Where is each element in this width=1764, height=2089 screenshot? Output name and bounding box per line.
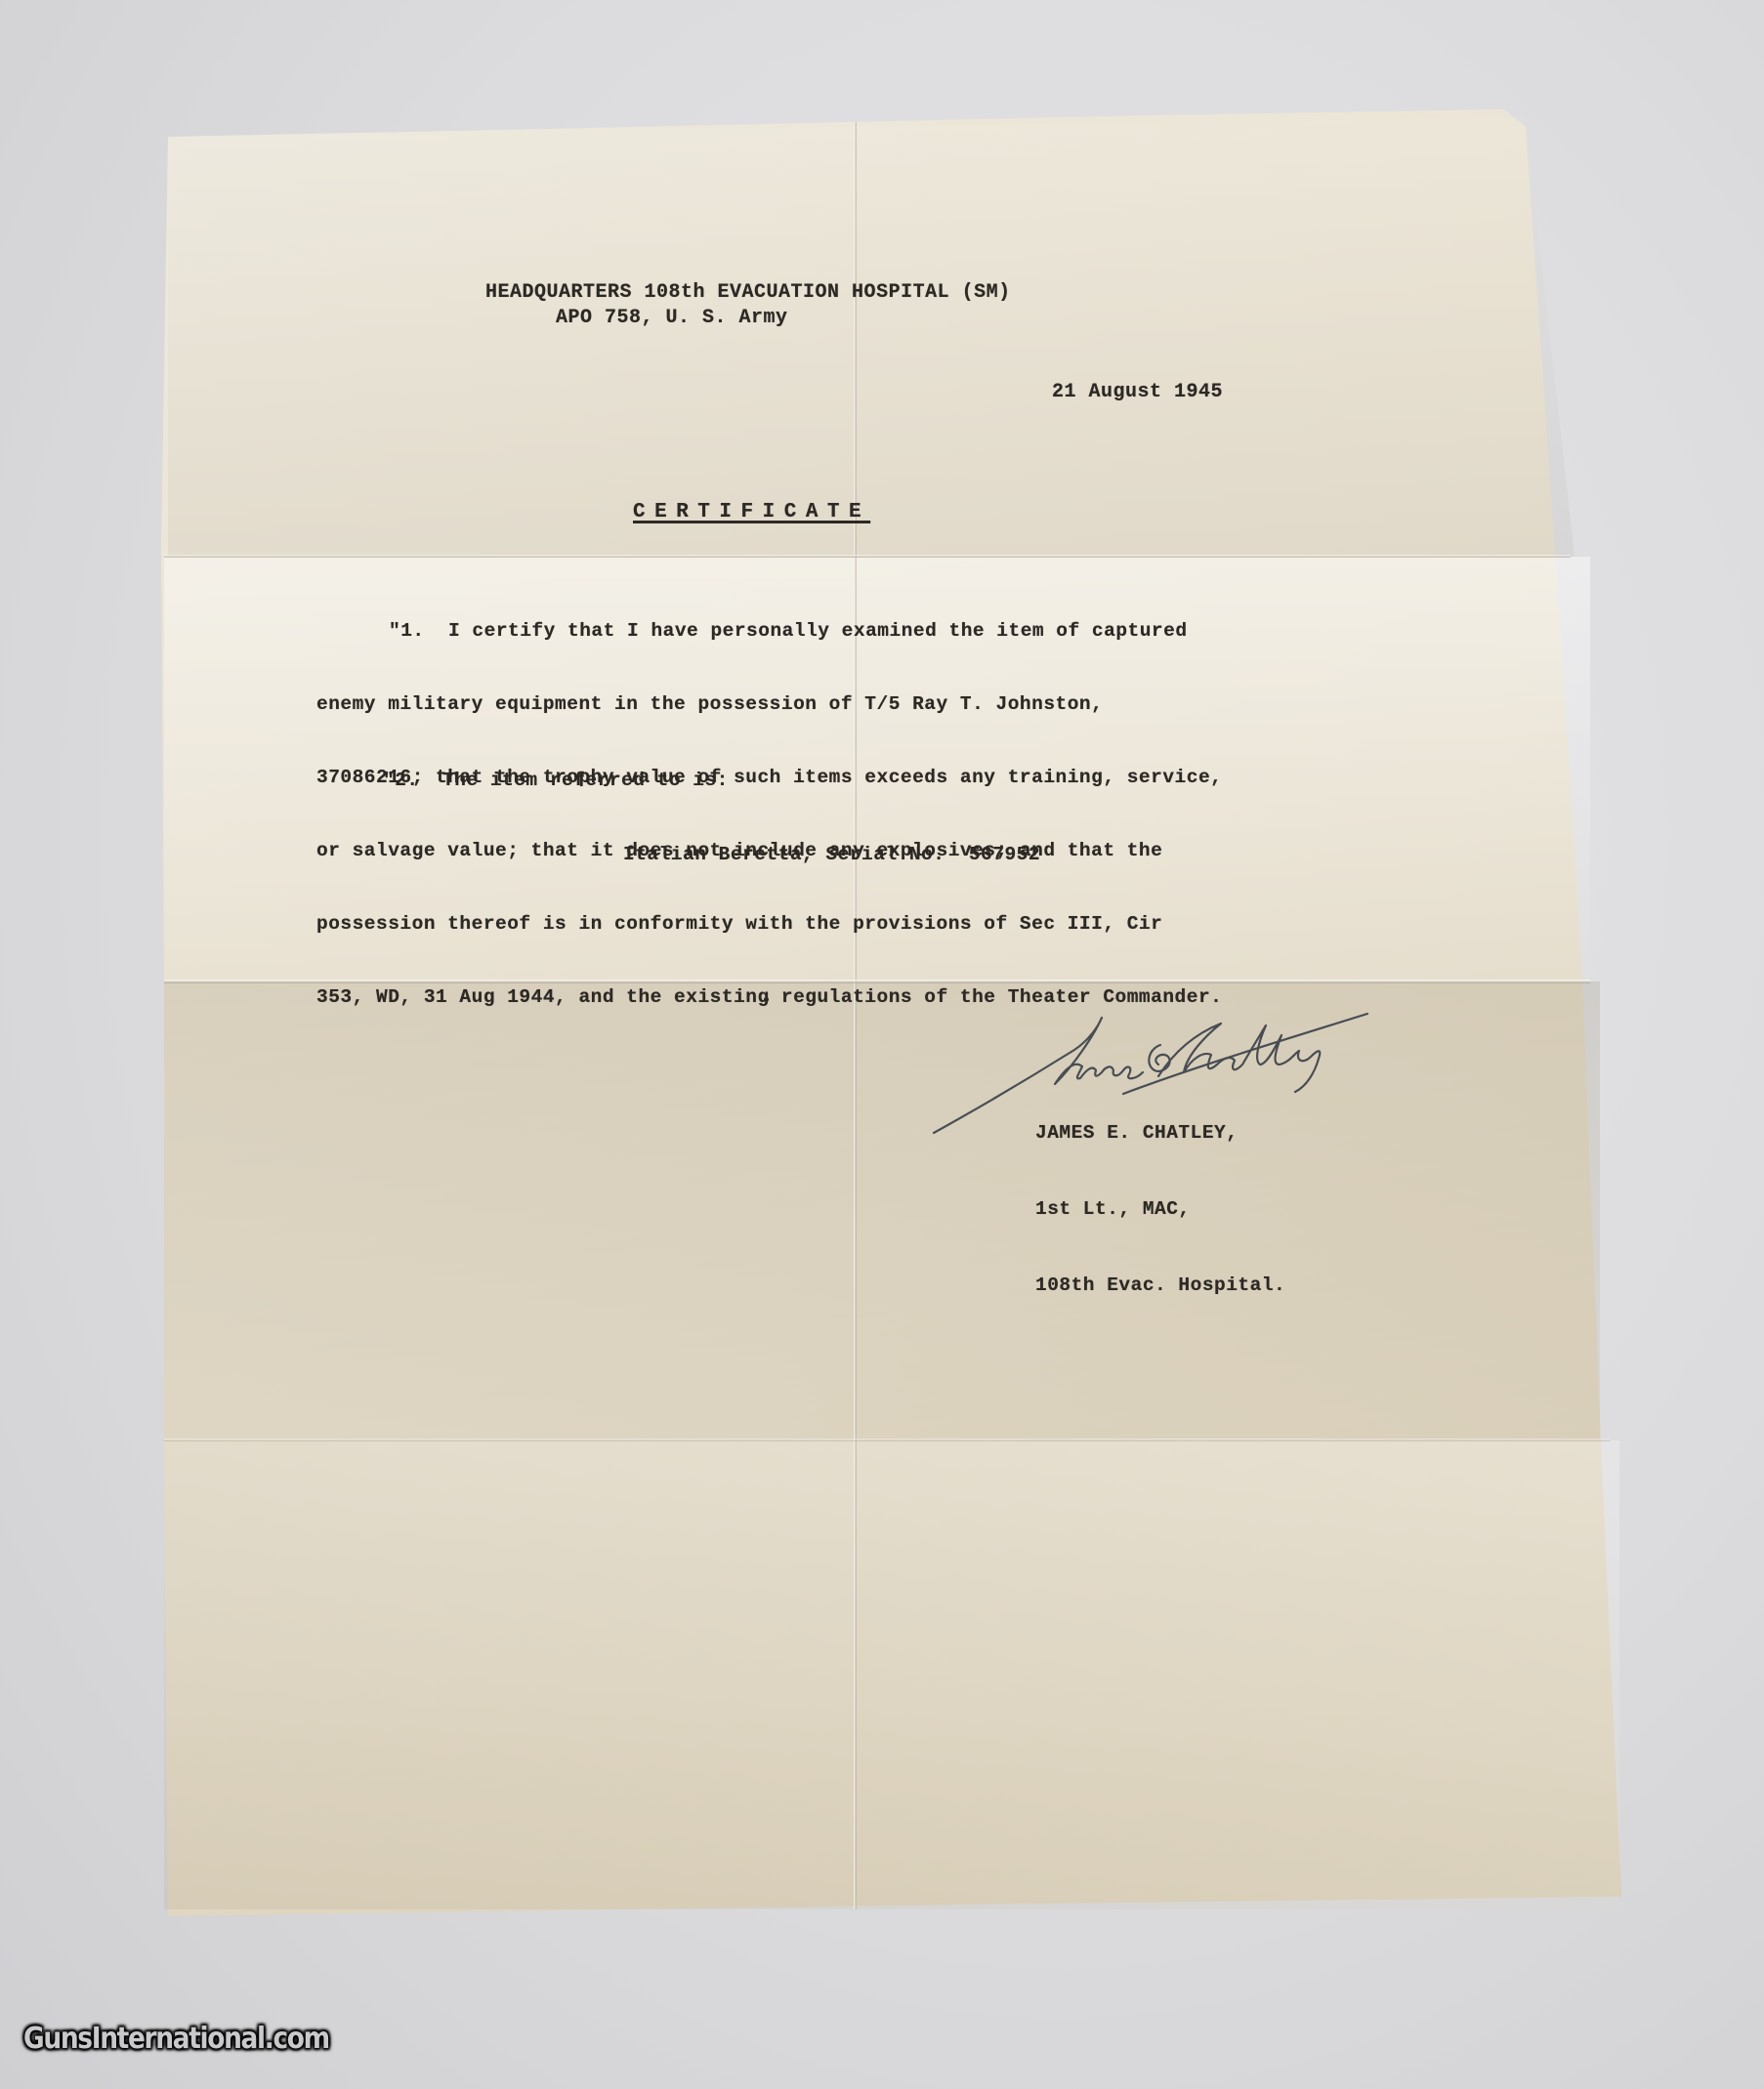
document-date: 21 August 1945 <box>1052 380 1223 405</box>
horizontal-fold-crease-3 <box>164 1439 1610 1441</box>
horizontal-fold-crease-1 <box>164 555 1571 558</box>
document-paper: HEADQUARTERS 108th EVACUATION HOSPITAL (… <box>0 0 1764 2089</box>
letterhead-line-2: APO 758, U. S. Army <box>556 306 788 331</box>
letterhead-line-1: HEADQUARTERS 108th EVACUATION HOSPITAL (… <box>485 280 1011 306</box>
signatory-unit: 108th Evac. Hospital. <box>1035 1273 1285 1298</box>
watermark-logo: GunsInternational.com <box>23 2022 329 2056</box>
signatory-rank: 1st Lt., MAC, <box>1035 1196 1285 1222</box>
paragraph-1-line: possession thereof is in conformity with… <box>316 912 1222 937</box>
fold-panel-bottom <box>164 1441 1619 1909</box>
paragraph-2: "2. The item referred to is: <box>383 768 729 793</box>
paragraph-1: "1. I certify that I have personally exa… <box>316 570 1222 1059</box>
paragraph-1-line: enemy military equipment in the possessi… <box>316 692 1222 717</box>
item-description: Italian Beretta, Serial No. 567952 <box>623 842 1040 867</box>
document-title: CERTIFICATE <box>633 500 870 525</box>
fold-panel-top <box>168 117 1575 557</box>
paragraph-1-line: "1. I certify that I have personally exa… <box>316 619 1222 644</box>
signature-block: JAMES E. CHATLEY, 1st Lt., MAC, 108th Ev… <box>1035 1069 1285 1349</box>
signatory-name: JAMES E. CHATLEY, <box>1035 1120 1285 1146</box>
